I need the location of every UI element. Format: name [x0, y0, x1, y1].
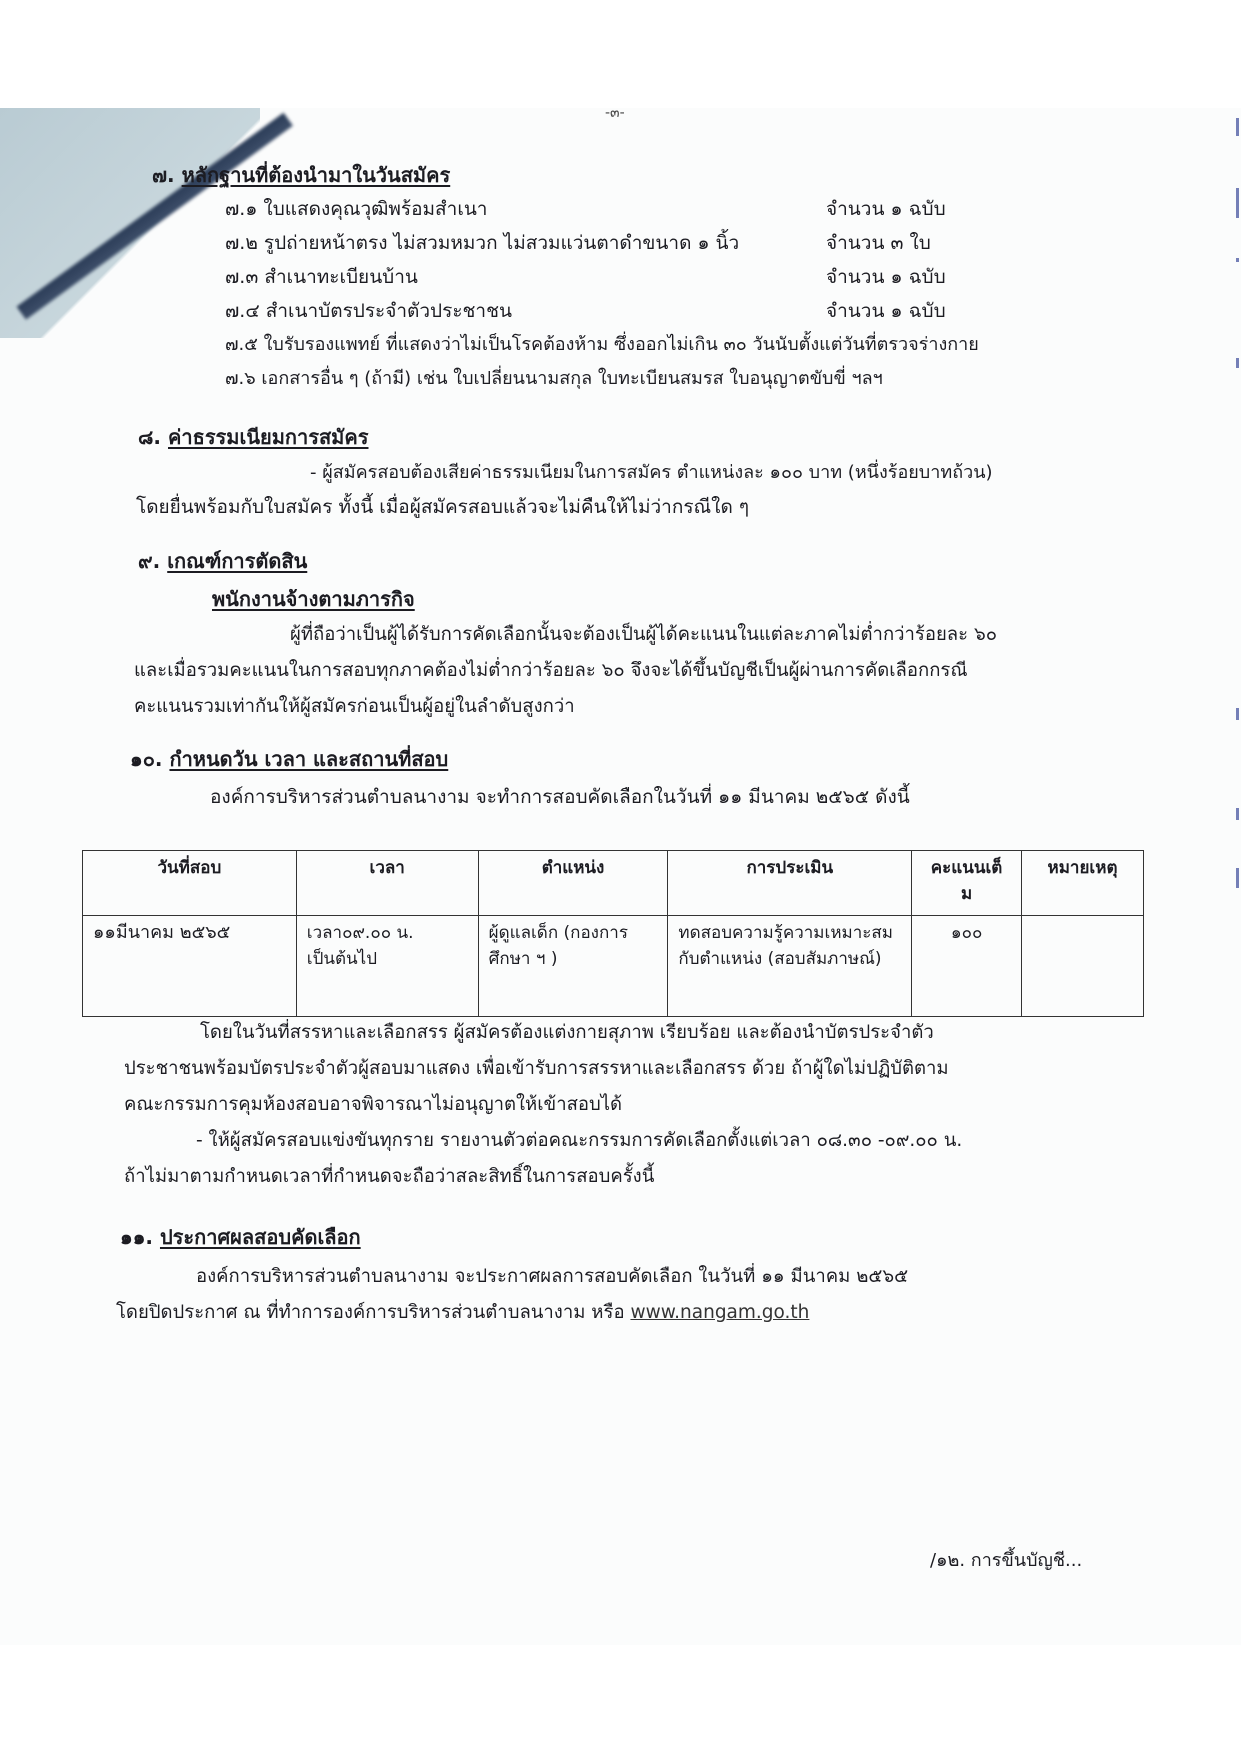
column-header-assessment: การประเมิน	[668, 851, 912, 916]
list-item: ๗.๖ เอกสารอื่น ๆ (ถ้ามี) เช่น ใบเปลี่ยนน…	[225, 366, 883, 392]
cell-remark	[1022, 916, 1144, 1017]
section-9-line: คะแนนรวมเท่ากันให้ผู้สมัครก่อนเป็นผู้อยู…	[134, 694, 575, 720]
section-11-heading: ๑๑. ประกาศผลสอบคัดเลือก	[120, 1224, 361, 1250]
section-10-paragraph-line: โดยในวันที่สรรหาและเลือกสรร ผู้สมัครต้อง…	[200, 1020, 934, 1046]
section-8-number: ๘.	[138, 425, 161, 449]
list-item-quantity: จำนวน ๑ ฉบับ	[826, 264, 946, 290]
section-9-line: ผู้ที่ถือว่าเป็นผู้ได้รับการคัดเลือกนั้น…	[290, 622, 997, 648]
column-header-time: เวลา	[296, 851, 478, 916]
column-header-position: ตำแหน่ง	[478, 851, 668, 916]
website-link[interactable]: www.nangam.go.th	[630, 1302, 809, 1323]
list-item: ๗.๓ สำเนาทะเบียนบ้าน	[225, 264, 418, 290]
section-10-heading: ๑๐. กำหนดวัน เวลา และสถานที่สอบ	[130, 746, 448, 772]
list-item-quantity: จำนวน ๓ ใบ	[826, 230, 931, 256]
section-8-title: ค่าธรรมเนียมการสมัคร	[168, 425, 369, 449]
section-10-intro: องค์การบริหารส่วนตำบลนางาม จะทำการสอบคัด…	[210, 784, 910, 810]
column-header-remark: หมายเหตุ	[1022, 851, 1144, 916]
section-10-paragraph-line: ถ้าไม่มาตามกำหนดเวลาที่กำหนดจะถือว่าสละส…	[124, 1164, 654, 1190]
section-11-line: องค์การบริหารส่วนตำบลนางาม จะประกาศผลการ…	[196, 1264, 908, 1290]
cell-exam-date: ๑๑มีนาคม ๒๕๖๕	[83, 916, 297, 1017]
section-10-paragraph-line: - ให้ผู้สมัครสอบแข่งขันทุกราย รายงานตัวต…	[196, 1128, 962, 1154]
column-header-full-score: คะแนนเต็ม	[912, 851, 1022, 916]
table-row: ๑๑มีนาคม ๒๕๖๕ เวลา๐๙.๐๐ น. เป็นต้นไป ผู้…	[83, 916, 1144, 1017]
cell-position: ผู้ดูแลเด็ก (กองการศึกษา ฯ )	[478, 916, 668, 1017]
section-7-title: หลักฐานที่ต้องนำมาในวันสมัคร	[182, 163, 451, 187]
section-7-heading: ๗. หลักฐานที่ต้องนำมาในวันสมัคร	[152, 162, 450, 188]
list-item: ๗.๑ ใบแสดงคุณวุฒิพร้อมสำเนา	[225, 196, 487, 222]
section-9-subtitle: พนักงานจ้างตามภารกิจ	[212, 586, 415, 612]
list-item: ๗.๕ ใบรับรองแพทย์ ที่แสดงว่าไม่เป็นโรคต้…	[225, 332, 979, 358]
section-8-heading: ๘. ค่าธรรมเนียมการสมัคร	[138, 424, 369, 450]
list-item: ๗.๒ รูปถ่ายหน้าตรง ไม่สวมหมวก ไม่สวมแว่น…	[225, 230, 739, 256]
list-item-quantity: จำนวน ๑ ฉบับ	[826, 196, 946, 222]
scanned-page-photo: -๓- ๗. หลักฐานที่ต้องนำมาในวันสมัคร ๗.๑ …	[0, 108, 1241, 1645]
section-10-paragraph-line: คณะกรรมการคุมห้องสอบอาจพิจารณาไม่อนุญาตใ…	[124, 1092, 622, 1118]
section-10-title: กำหนดวัน เวลา และสถานที่สอบ	[169, 747, 448, 771]
section-9-number: ๙.	[138, 549, 160, 573]
cell-assessment: ทดสอบความรู้ความเหมาะสมกับตำแหน่ง (สอบสั…	[668, 916, 912, 1017]
cell-time: เวลา๐๙.๐๐ น. เป็นต้นไป	[296, 916, 478, 1017]
column-header-exam-date: วันที่สอบ	[83, 851, 297, 916]
section-11-line: โดยปิดประกาศ ณ ที่ทำการองค์การบริหารส่วน…	[116, 1300, 809, 1326]
list-item: ๗.๔ สำเนาบัตรประจำตัวประชาชน	[225, 298, 512, 324]
section-11-title: ประกาศผลสอบคัดเลือก	[160, 1225, 361, 1249]
page-number: -๓-	[605, 108, 625, 126]
section-8-line: โดยยื่นพร้อมกับใบสมัคร ทั้งนี้ เมื่อผู้ส…	[136, 494, 749, 520]
cell-full-score: ๑๐๐	[912, 916, 1022, 1017]
section-7-number: ๗.	[152, 163, 175, 187]
table-header-row: วันที่สอบ เวลา ตำแหน่ง การประเมิน คะแนนเ…	[83, 851, 1144, 916]
continuation-footer: /๑๒. การขึ้นบัญชี...	[930, 1548, 1082, 1574]
section-11-line-prefix: โดยปิดประกาศ ณ ที่ทำการองค์การบริหารส่วน…	[116, 1302, 625, 1323]
document-body: -๓- ๗. หลักฐานที่ต้องนำมาในวันสมัคร ๗.๑ …	[0, 108, 1241, 1645]
list-item-quantity: จำนวน ๑ ฉบับ	[826, 298, 946, 324]
section-11-number: ๑๑.	[120, 1225, 153, 1249]
section-9-line: และเมื่อรวมคะแนนในการสอบทุกภาคต้องไม่ต่ำ…	[134, 658, 968, 684]
section-8-line: - ผู้สมัครสอบต้องเสียค่าธรรมเนียมในการสม…	[310, 460, 993, 486]
section-10-number: ๑๐.	[130, 747, 163, 771]
section-9-heading: ๙. เกณฑ์การตัดสิน	[138, 548, 307, 574]
exam-schedule-table: วันที่สอบ เวลา ตำแหน่ง การประเมิน คะแนนเ…	[82, 850, 1144, 1017]
section-9-title: เกณฑ์การตัดสิน	[167, 549, 307, 573]
section-10-paragraph-line: ประชาชนพร้อมบัตรประจำตัวผู้สอบมาแสดง เพื…	[124, 1056, 949, 1082]
